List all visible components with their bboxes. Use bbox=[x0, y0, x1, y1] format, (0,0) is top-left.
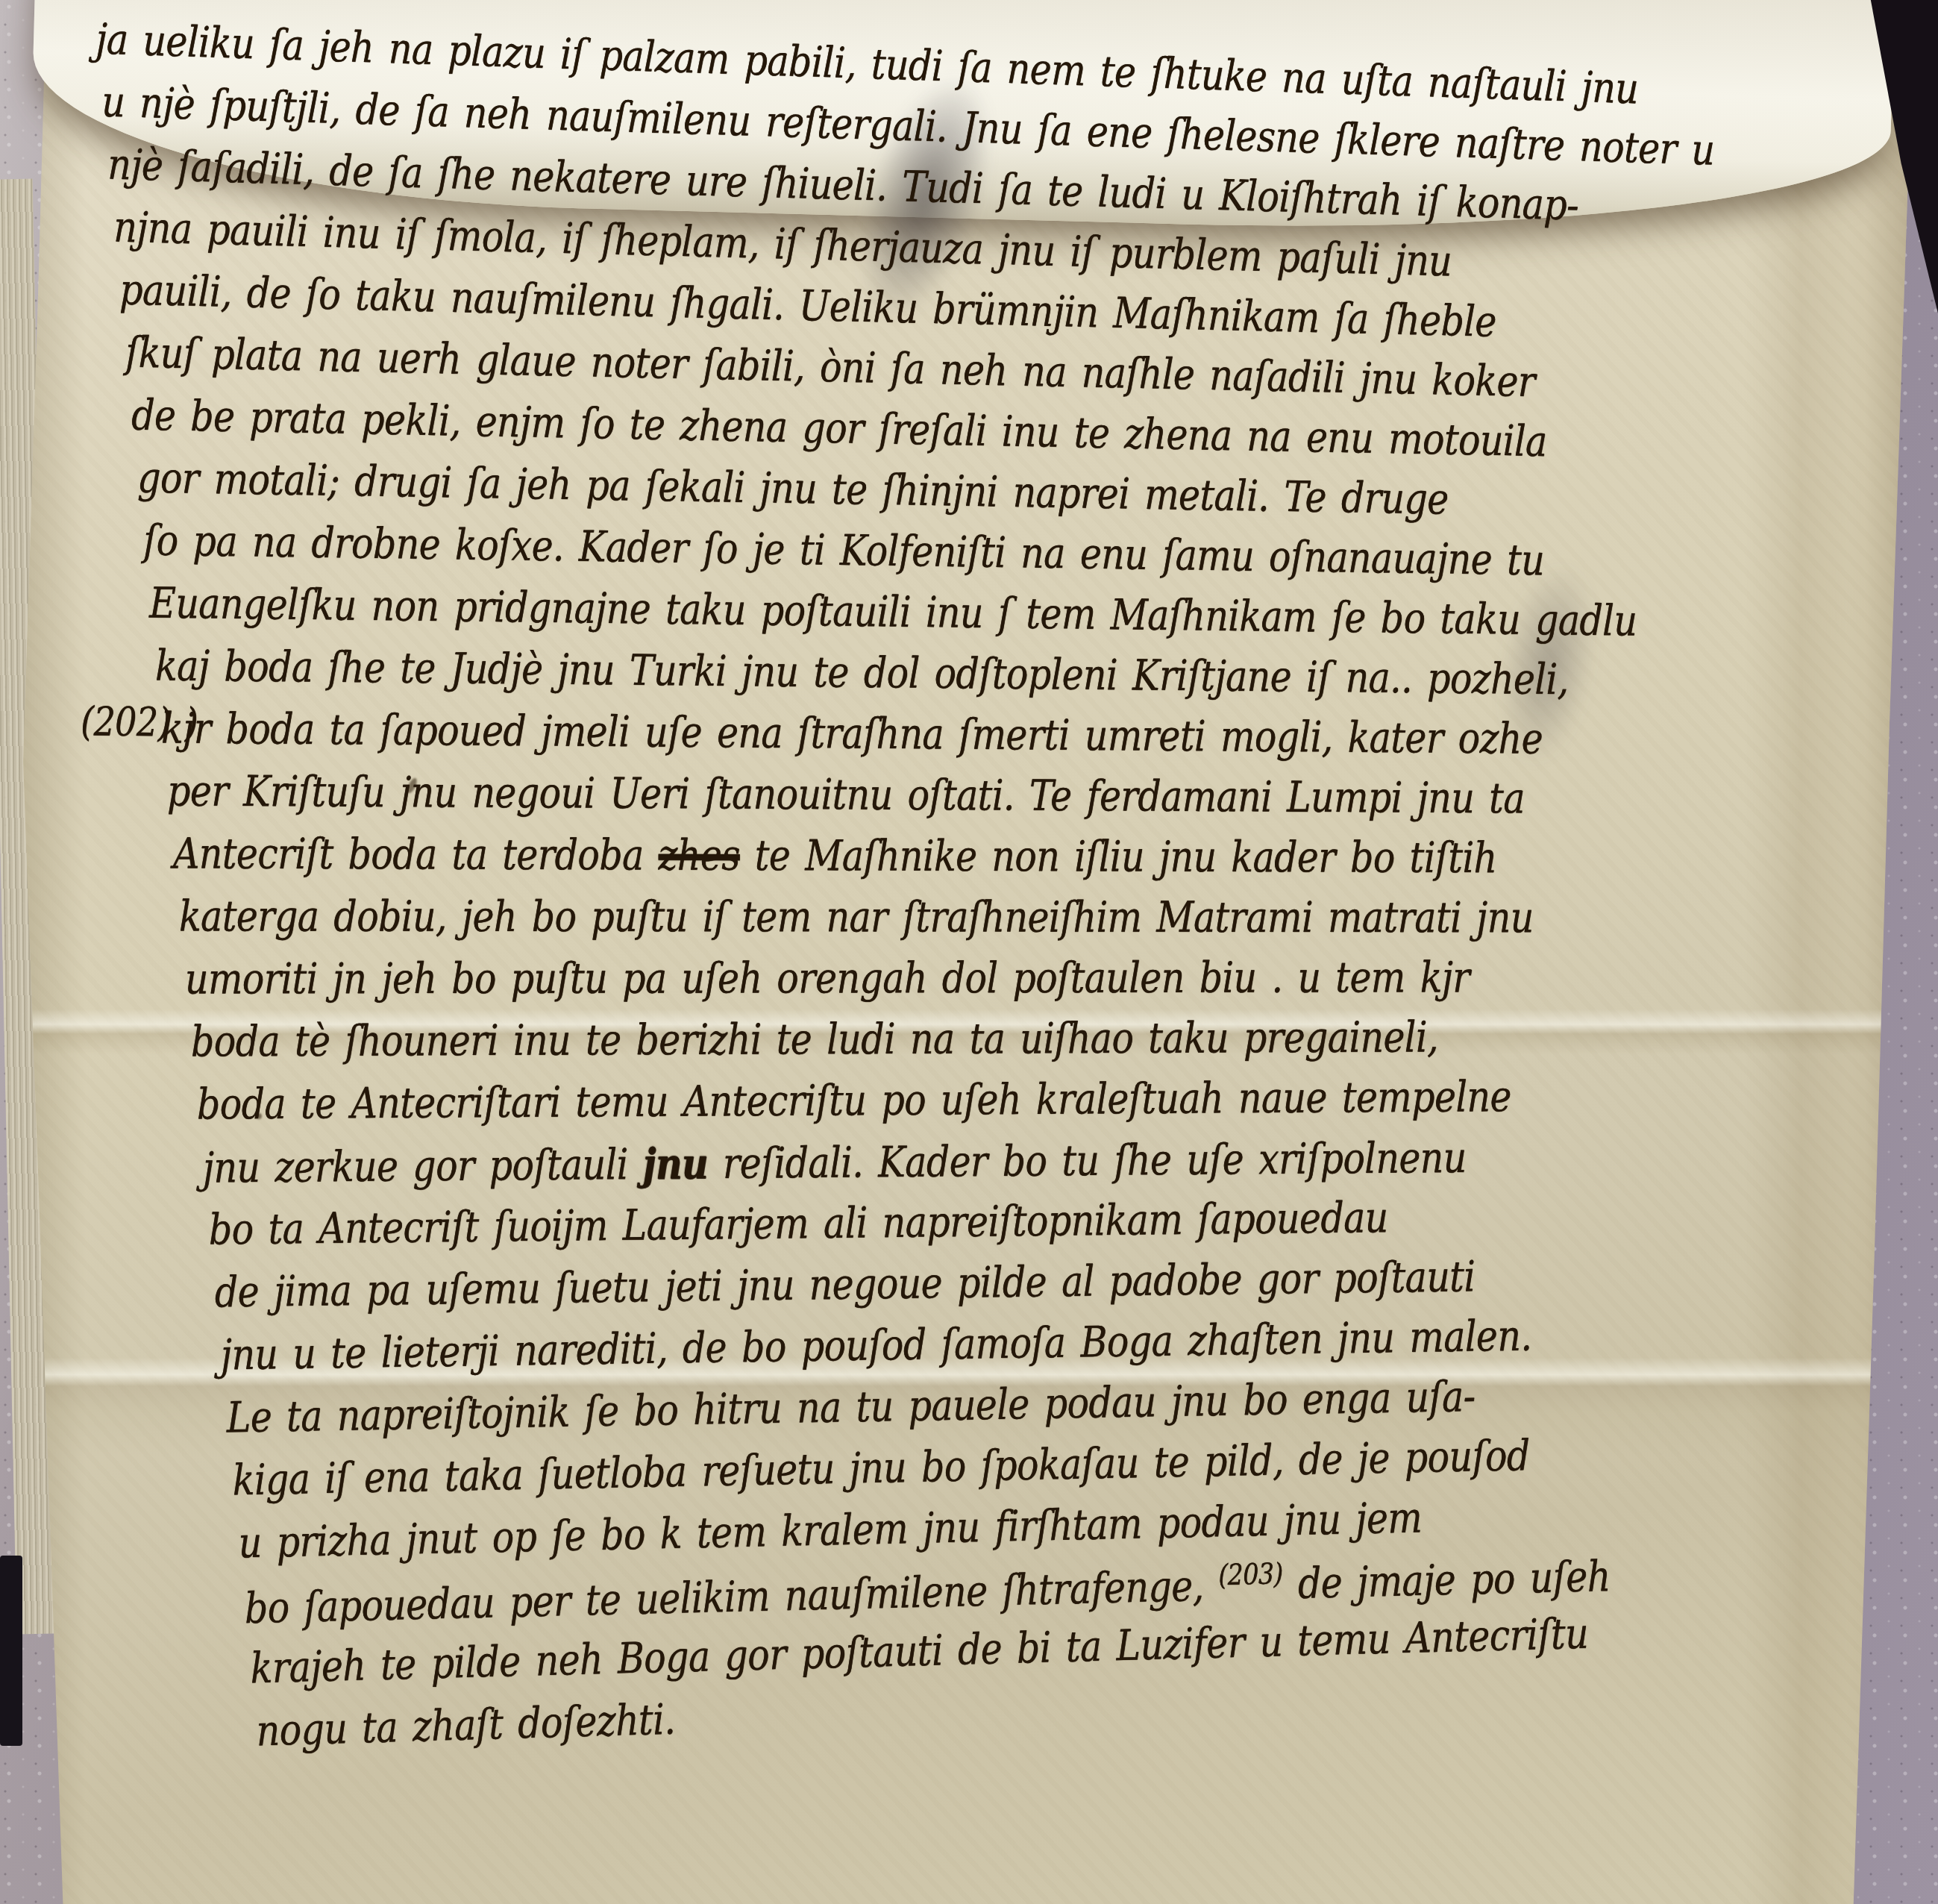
handwritten-segment: zhes bbox=[659, 830, 740, 880]
handwritten-segment: jnu bbox=[642, 1139, 708, 1189]
manuscript-photo: ja ueliku ſa jeh na plazu iſ palzam pabi… bbox=[0, 0, 1938, 1904]
dark-object-left-edge bbox=[0, 1556, 22, 1746]
handwritten-segment: Antecriſt boda ta terdoba bbox=[173, 829, 659, 880]
handwritten-segment: reſidali. Kader bo tu ſhe uſe xriſpolnen… bbox=[708, 1133, 1467, 1189]
handwritten-segment: kjr boda ta ſapoued jmeli uſe ena ſtraſh… bbox=[161, 704, 1543, 763]
handwritten-segment: katerga dobiu, jeh bo puſtu iſ tem nar ſ… bbox=[179, 892, 1534, 942]
handwritten-segment: jnu zerkue gor poſtauli bbox=[203, 1140, 643, 1193]
handwritten-segment: umoriti jn jeh bo puſtu pa uſeh orengah … bbox=[185, 953, 1470, 1003]
handwritten-segment: boda te Antecriſtari temu Antecriſtu po … bbox=[197, 1072, 1511, 1129]
handwritten-segment: de jmaje po uſeh bbox=[1282, 1552, 1611, 1609]
handwritten-segment: per Kriſtuſu jnu negoui Ueri ſtanouitnu … bbox=[167, 766, 1525, 823]
handwritten-segment: boda tè ſhouneri inu te berizhi te ludi … bbox=[191, 1012, 1438, 1066]
page-number-note: (202) ) bbox=[81, 698, 198, 745]
handwritten-text: ja ueliku ſa jeh na plazu iſ palzam pabi… bbox=[95, 19, 1886, 1774]
handwritten-segment: te Maſhnike non iſliu jnu kader bo tiſti… bbox=[740, 831, 1497, 883]
interlinear-page-number: (203) bbox=[1218, 1556, 1283, 1591]
